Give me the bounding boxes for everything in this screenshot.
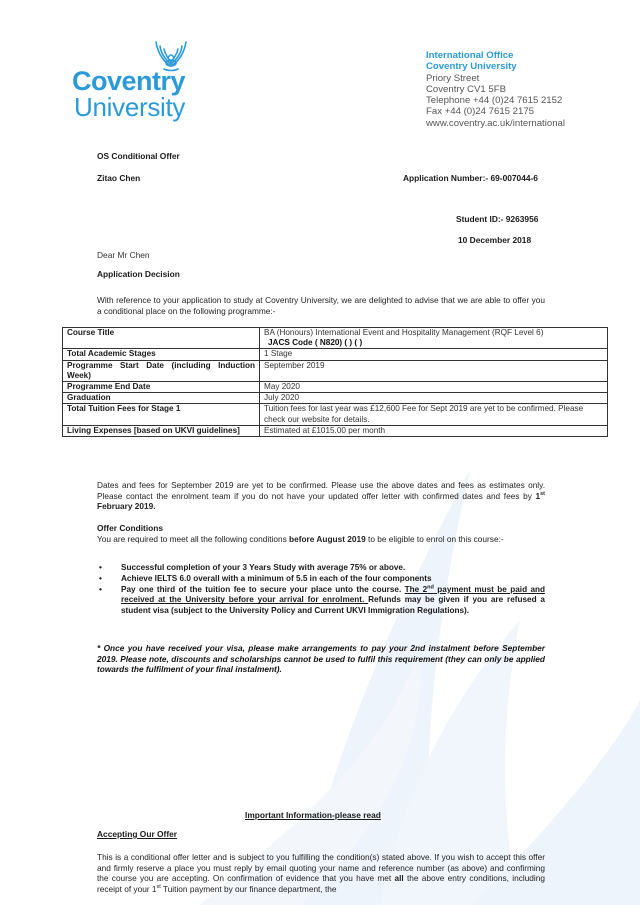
course-title-value: BA (Honours) International Event and Hos…: [264, 328, 603, 338]
address-street: Priory Street: [426, 73, 565, 84]
office-title: International Office: [426, 50, 565, 61]
list-item: •Pay one third of the tuition fee to sec…: [97, 585, 545, 617]
accept-text-end: Tuition payment by our finance departmen…: [161, 884, 337, 894]
letter-date: 10 December 2018: [458, 235, 531, 245]
payment-sup: nd: [427, 584, 434, 590]
row-label: Total Academic Stages: [63, 349, 260, 360]
table-row: Programme End Date May 2020: [63, 382, 608, 393]
logo-word-university: University: [74, 93, 185, 121]
row-label: Programme End Date: [63, 382, 260, 393]
offer-conditions-intro: You are required to meet all the followi…: [97, 534, 545, 545]
accepting-offer-heading: Accepting Our Offer: [97, 829, 177, 839]
office-org: Coventry University: [426, 61, 565, 72]
table-row: Programme Start Date (including Inductio…: [63, 360, 608, 381]
dates-note-text: Dates and fees for September 2019 are ye…: [97, 480, 545, 501]
recipient-name: Zitao Chen: [97, 173, 140, 183]
website-link[interactable]: www.coventry.ac.uk/international: [426, 118, 565, 129]
row-label: Total Tuition Fees for Stage 1: [63, 404, 260, 425]
row-value: BA (Honours) International Event and Hos…: [260, 328, 608, 349]
intro-text: You are required to meet all the followi…: [97, 534, 289, 544]
coventry-university-logo: Coventry University: [72, 36, 192, 126]
salutation: Dear Mr Chen: [97, 250, 150, 260]
important-info-heading: Important Information-please read: [245, 810, 381, 820]
row-value: May 2020: [260, 382, 608, 393]
payment-underlined-a: The 2: [405, 585, 428, 594]
row-value: July 2020: [260, 393, 608, 404]
conditions-list: •Successful completion of your 3 Years S…: [97, 563, 545, 617]
row-value: Estimated at £1015.00 per month: [260, 425, 608, 436]
letterhead-address: International Office Coventry University…: [426, 50, 565, 129]
accept-bold: all: [394, 873, 403, 883]
deadline-rest: February 2019.: [97, 501, 156, 511]
row-label: Living Expenses [based on UKVI guideline…: [63, 425, 260, 436]
table-row: Course Title BA (Honours) International …: [63, 328, 608, 349]
student-id: Student ID:- 9263956: [456, 214, 538, 224]
list-item: •Successful completion of your 3 Years S…: [97, 563, 545, 574]
table-row: Total Academic Stages 1 Stage: [63, 349, 608, 360]
bullet-icon: •: [99, 563, 102, 574]
address-city: Coventry CV1 5FB: [426, 84, 565, 95]
condition-deadline: before August 2019: [289, 534, 366, 544]
accepting-offer-paragraph: This is a conditional offer letter and i…: [97, 852, 545, 895]
visa-note: * Once you have received your visa, plea…: [97, 643, 545, 675]
table-row: Living Expenses [based on UKVI guideline…: [63, 425, 608, 436]
offer-conditions-heading: Offer Conditions: [97, 523, 163, 533]
jacs-code: JACS Code ( N820) ( ) ( ): [264, 338, 603, 348]
intro-text-end: to be eligible to enrol on this course:-: [366, 534, 504, 544]
intro-paragraph: With reference to your application to st…: [97, 295, 545, 316]
table-row: Total Tuition Fees for Stage 1 Tuition f…: [63, 404, 608, 425]
row-value: Tuition fees for last year was £12,600 F…: [260, 404, 608, 425]
row-value: 1 Stage: [260, 349, 608, 360]
payment-lead: Pay one third of the tuition fee to secu…: [121, 585, 405, 594]
course-details-table: Course Title BA (Honours) International …: [62, 327, 608, 437]
condition-text: Successful completion of your 3 Years St…: [121, 563, 405, 572]
row-label: Course Title: [63, 328, 260, 349]
deadline-suffix: st: [540, 491, 545, 497]
list-item: •Achieve IELTS 6.0 overall with a minimu…: [97, 574, 545, 585]
row-label: Graduation: [63, 393, 260, 404]
fax: Fax +44 (0)24 7615 2175: [426, 106, 565, 117]
condition-text: Achieve IELTS 6.0 overall with a minimum…: [121, 574, 432, 583]
letter-type: OS Conditional Offer: [97, 151, 180, 161]
telephone: Telephone +44 (0)24 7615 2152: [426, 95, 565, 106]
subject-heading: Application Decision: [97, 269, 180, 279]
bullet-icon: •: [99, 585, 102, 596]
bullet-icon: •: [99, 574, 102, 585]
dates-fees-note: Dates and fees for September 2019 are ye…: [97, 480, 545, 512]
row-label: Programme Start Date (including Inductio…: [63, 360, 260, 381]
row-value: September 2019: [260, 360, 608, 381]
table-row: Graduation July 2020: [63, 393, 608, 404]
application-number: Application Number:- 69-007044-6: [403, 173, 538, 183]
